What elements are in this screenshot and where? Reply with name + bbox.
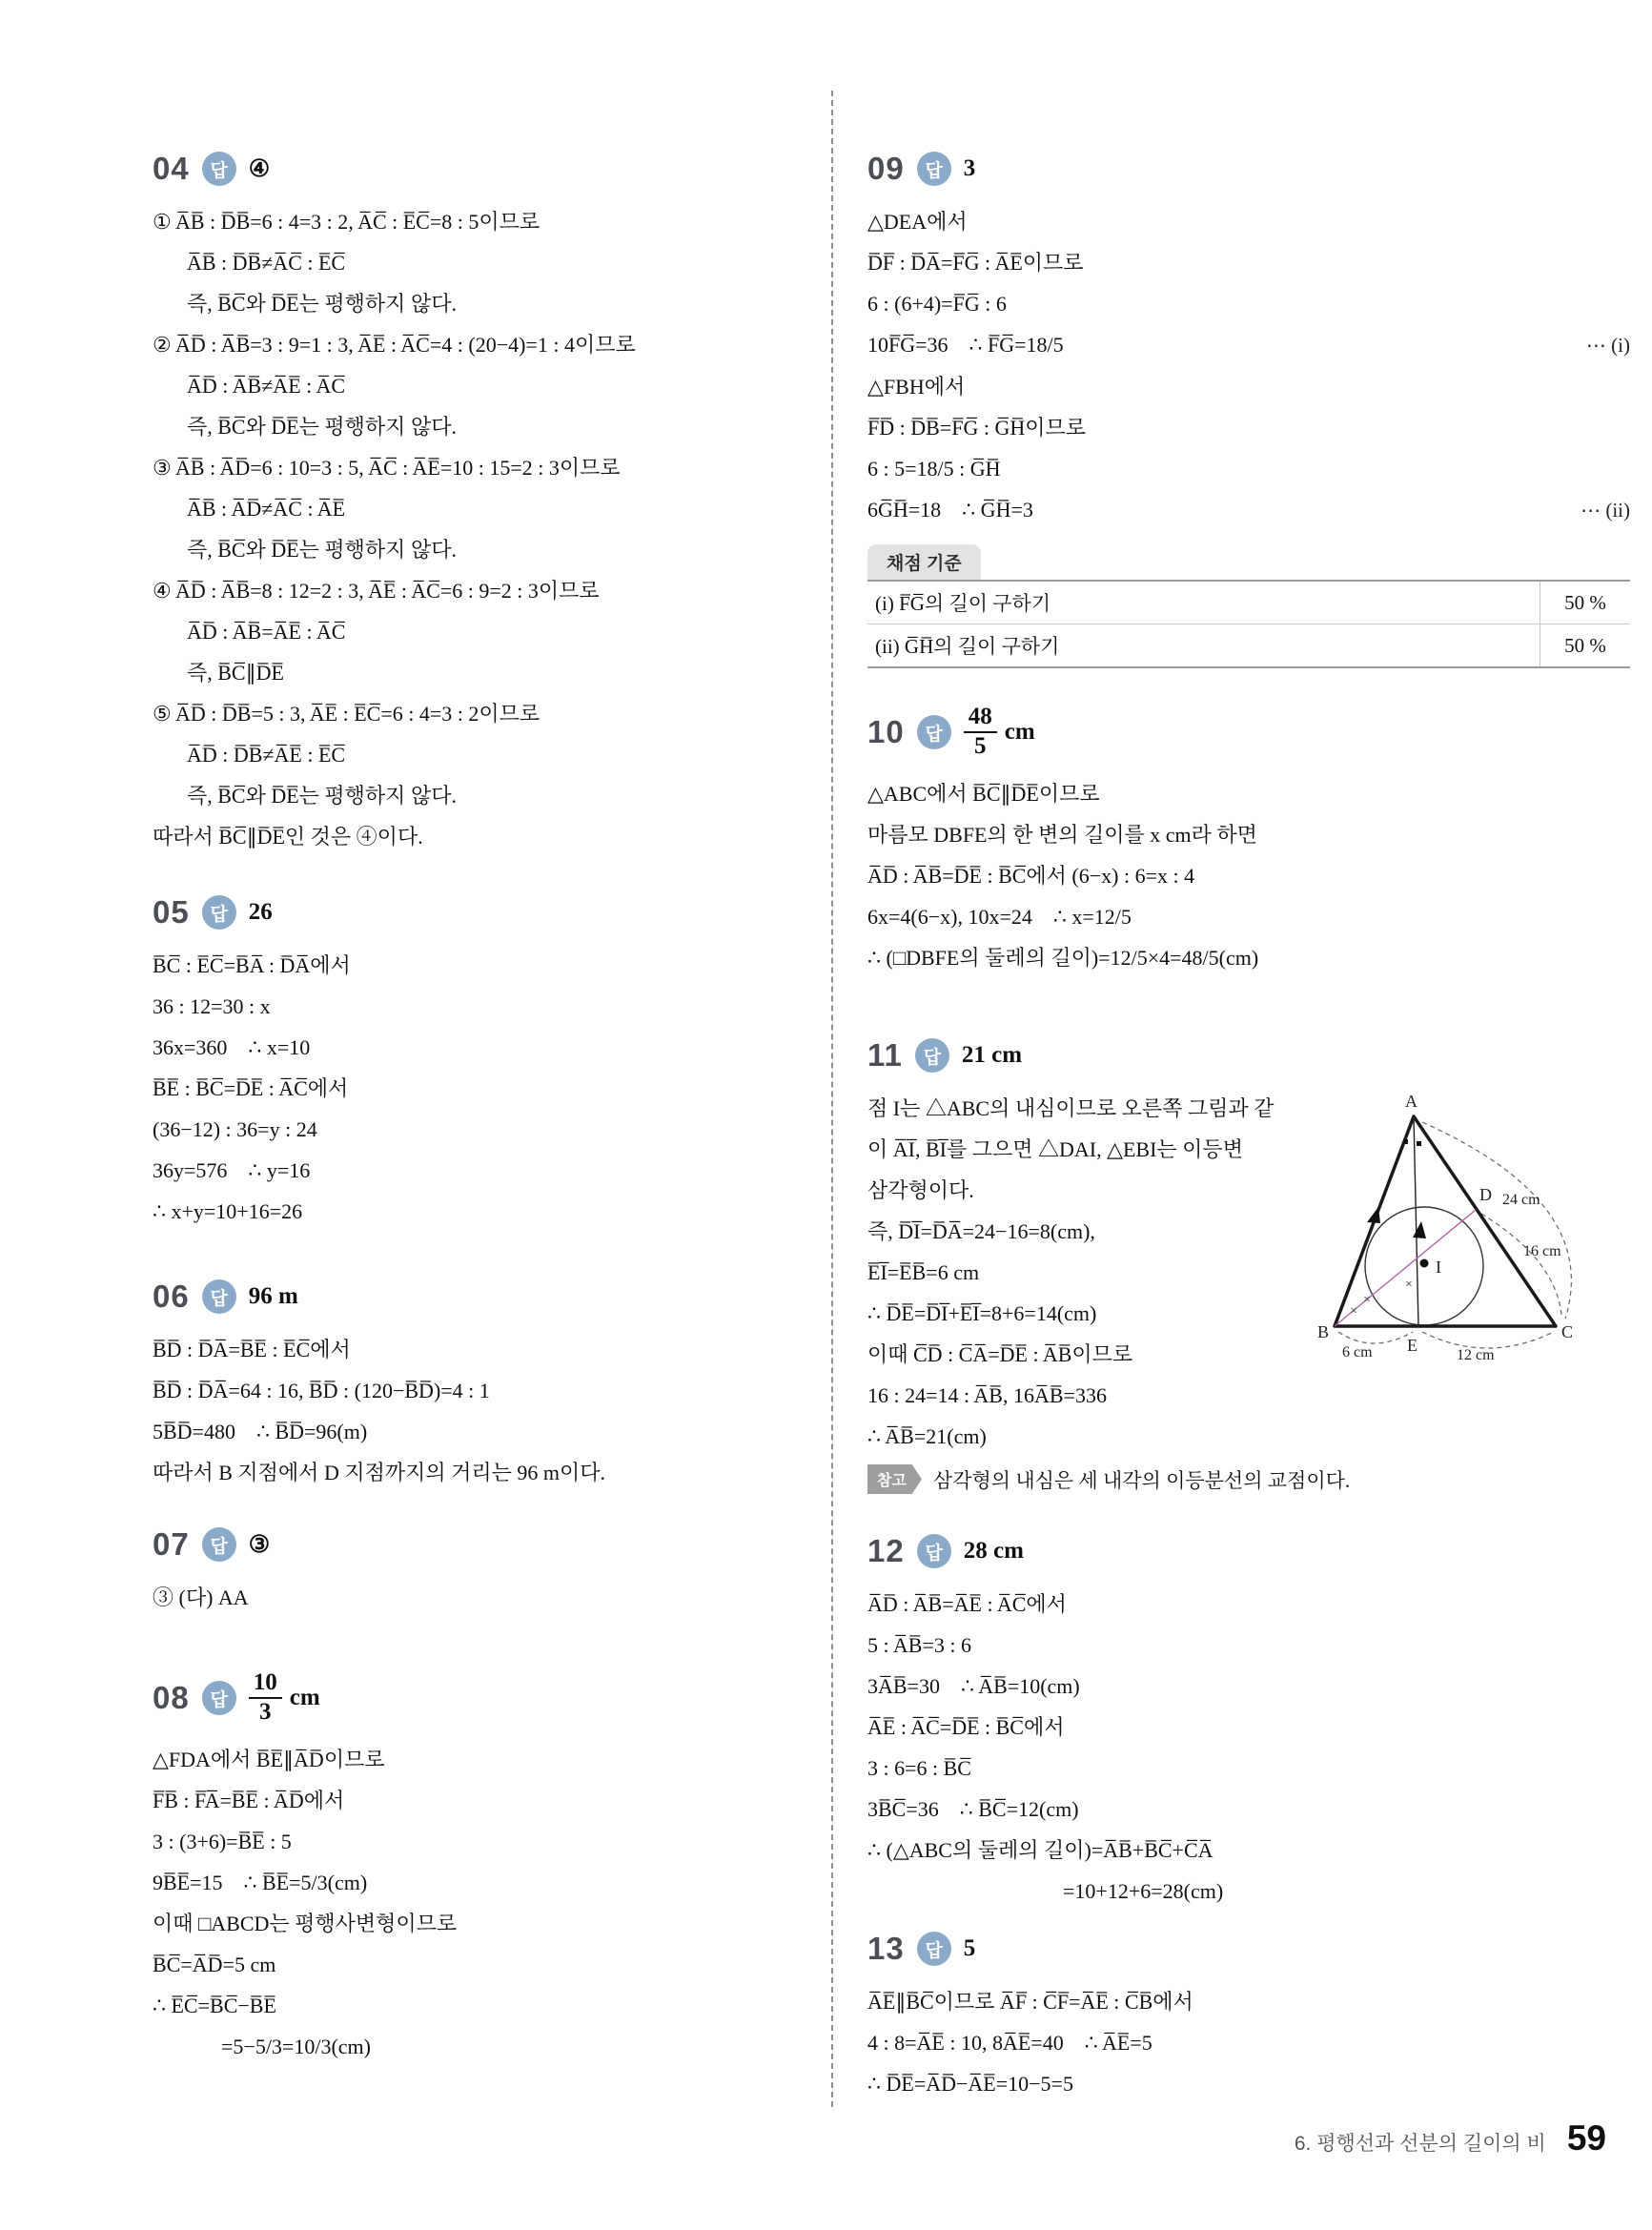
problem-number: 09	[867, 151, 905, 187]
solution-line: 10F̅G̅=36 ∴ F̅G̅=18/5 ⋯ (i)	[867, 324, 1630, 366]
page-footer: 6. 평행선과 선분의 길이의 비 59	[1295, 2118, 1606, 2158]
solution-line: ∴ A̅B̅=21(cm)	[867, 1416, 1630, 1457]
incenter-point	[1420, 1259, 1429, 1268]
solution-line: 즉, B̅C̅와 D̅E̅는 평행하지 않다.	[153, 775, 786, 816]
answer-fraction: 10 3	[249, 1669, 282, 1727]
solution-line: 3B̅C̅=36 ∴ B̅C̅=12(cm)	[867, 1789, 1630, 1830]
angle-mark-a2	[1417, 1141, 1421, 1146]
grading-title: 채점 기준	[867, 544, 981, 580]
triangle-incircle-figure: × × × A B C D E I 24 cm 16 cm 6 cm 12 cm	[1315, 1088, 1630, 1369]
solution-line: ③ (다) AA	[153, 1577, 786, 1618]
solution-line: 따라서 B 지점에서 D 지점까지의 거리는 96 m이다.	[153, 1452, 786, 1493]
problem-header: 12 답 28 cm	[867, 1530, 1630, 1572]
solution-line: ② A̅D̅ : A̅B̅=3 : 9=1 : 3, A̅E̅ : A̅C̅=4…	[153, 324, 786, 365]
solution-line: 6 : 5=18/5 : G̅H̅	[867, 448, 1630, 489]
measure-label-be: 6 cm	[1342, 1344, 1373, 1361]
solution-line: B̅E̅ : B̅C̅=D̅E̅ : A̅C̅에서	[153, 1068, 786, 1109]
solution-line: 즉, B̅C̅와 D̅E̅는 평행하지 않다.	[153, 529, 786, 570]
solution-line: A̅E̅ : A̅C̅=D̅E̅ : B̅C̅에서	[867, 1707, 1630, 1748]
solution-line: A̅D̅ : A̅B̅=D̅E̅ : B̅C̅에서 (6−x) : 6=x : …	[867, 855, 1630, 896]
measure-label-ac: 24 cm	[1502, 1192, 1540, 1208]
solution-line: 16 : 24=14 : A̅B̅, 16A̅B̅=336	[867, 1375, 1630, 1416]
answer-value: 26	[249, 899, 273, 926]
solution-line: 3A̅B̅=30 ∴ A̅B̅=10(cm)	[867, 1666, 1630, 1707]
solution-text: 6G̅H̅=18 ∴ G̅H̅=3	[867, 489, 1033, 530]
solution-line: A̅B̅ : D̅B̅≠A̅C̅ : E̅C̅	[153, 242, 786, 283]
solution-line: ∴ (△ABC의 둘레의 길이)=A̅B̅+B̅C̅+C̅A̅	[867, 1830, 1630, 1871]
problem-number: 11	[867, 1037, 903, 1074]
column-divider	[831, 91, 833, 2107]
answer-badge: 답	[202, 1527, 236, 1562]
angle-mark-b2: ×	[1363, 1293, 1371, 1307]
problem-number: 06	[153, 1279, 190, 1315]
solution-line: 6 : (6+4)=F̅G̅ : 6	[867, 283, 1630, 324]
solution-line: (36−12) : 36=y : 24	[153, 1109, 786, 1150]
vertex-label-i: I	[1436, 1258, 1441, 1277]
measure-arc-dc	[1481, 1214, 1561, 1315]
vertex-label-b: B	[1317, 1322, 1329, 1341]
problem-12: 12 답 28 cm A̅D̅ : A̅B̅=A̅E̅ : A̅C̅에서 5 :…	[867, 1530, 1630, 1912]
solution-line: 36y=576 ∴ y=16	[153, 1150, 786, 1191]
solution-line: 9B̅E̅=15 ∴ B̅E̅=5/3(cm)	[153, 1862, 786, 1903]
fraction-numerator: 48	[964, 704, 997, 733]
solution-line: ③ A̅B̅ : A̅D̅=6 : 10=3 : 5, A̅C̅ : A̅E̅=…	[153, 447, 786, 488]
problem-10: 10 답 48 5 cm △ABC에서 B̅C̅∥D̅E̅이므로 마름모 DBF…	[867, 701, 1630, 978]
solution-line: 4 : 8=A̅E̅ : 10, 8A̅E̅=40 ∴ A̅E̅=5	[867, 2022, 1630, 2063]
step-marker: ⋯ (ii)	[1581, 490, 1630, 531]
answer-value: 21 cm	[962, 1042, 1022, 1069]
grading-row: (i) F̅G̅의 길이 구하기 50 %	[867, 581, 1630, 624]
incenter-triangle-diagram: × × × A B C D E I 24 cm 16 cm 6 cm 12 cm	[1315, 1088, 1630, 1369]
vertex-label-d: D	[1479, 1185, 1492, 1204]
solution-line: A̅D̅ : A̅B̅=A̅E̅ : A̅C̅	[153, 611, 786, 652]
solution-line: =5−5/3=10/3(cm)	[153, 2026, 786, 2067]
grading-label: (i) F̅G̅의 길이 구하기	[867, 581, 1540, 624]
problem-header: 04 답 ④	[153, 148, 786, 190]
arrow-mark-ab	[1367, 1207, 1380, 1223]
vertex-label-c: C	[1561, 1322, 1573, 1341]
answer-fraction: 48 5	[964, 704, 997, 761]
answer-badge: 답	[917, 1932, 951, 1966]
problem-07: 07 답 ③ ③ (다) AA	[153, 1524, 786, 1618]
fraction-denominator: 5	[964, 733, 997, 761]
problem-header: 07 답 ③	[153, 1524, 786, 1565]
measure-label-dc: 16 cm	[1523, 1243, 1561, 1259]
solution-line: ① A̅B̅ : D̅B̅=6 : 4=3 : 2, A̅C̅ : E̅C̅=8…	[153, 201, 786, 242]
problem-number: 12	[867, 1533, 905, 1569]
grading-percent: 50 %	[1540, 581, 1631, 624]
solution-line: D̅F̅ : D̅A̅=F̅G̅ : A̅E̅이므로	[867, 242, 1630, 283]
problem-11: 11 답 21 cm × × ×	[867, 1034, 1630, 1494]
problem-number: 13	[867, 1931, 905, 1967]
problem-13: 13 답 5 A̅E̅∥B̅C̅이므로 A̅F̅ : C̅F̅=A̅E̅ : C…	[867, 1928, 1630, 2104]
measure-arc-ec	[1422, 1332, 1554, 1348]
fraction-denominator: 3	[249, 1699, 282, 1727]
measure-arc-be	[1338, 1332, 1413, 1343]
answer-value: 10 3 cm	[249, 1669, 320, 1727]
answer-badge: 답	[915, 1038, 949, 1073]
solution-line: △FBH에서	[867, 366, 1630, 407]
solution-line: △DEA에서	[867, 201, 1630, 242]
solution-line: 3 : (3+6)=B̅E̅ : 5	[153, 1821, 786, 1862]
solution-line: 즉, B̅C̅∥D̅E̅	[153, 652, 786, 693]
reference-text: 삼각형의 내심은 세 내각의 이등분선의 교점이다.	[933, 1465, 1350, 1494]
answer-value: 5	[964, 1935, 976, 1962]
problem-header: 13 답 5	[867, 1928, 1630, 1970]
answer-badge: 답	[202, 1681, 236, 1715]
solution-line: =10+12+6=28(cm)	[867, 1871, 1630, 1912]
problem-08: 08 답 10 3 cm △FDA에서 B̅E̅∥A̅D̅이므로 F̅B̅ : …	[153, 1667, 786, 2067]
solution-line: A̅D̅ : A̅B̅≠A̅E̅ : A̅C̅	[153, 365, 786, 406]
grading-percent: 50 %	[1540, 624, 1631, 668]
solution-line: △ABC에서 B̅C̅∥D̅E̅이므로	[867, 773, 1630, 814]
answer-value: 28 cm	[964, 1538, 1024, 1565]
solution-line: ∴ E̅C̅=B̅C̅−B̅E̅	[153, 1985, 786, 2026]
solution-line: A̅B̅ : A̅D̅≠A̅C̅ : A̅E̅	[153, 488, 786, 529]
page-number: 59	[1567, 2118, 1606, 2158]
solution-line: F̅D̅ : D̅B̅=F̅G̅ : G̅H̅이므로	[867, 407, 1630, 448]
problem-number: 05	[153, 894, 190, 931]
answer-value: 48 5 cm	[964, 704, 1035, 761]
solution-line: A̅D̅ : A̅B̅=A̅E̅ : A̅C̅에서	[867, 1584, 1630, 1625]
reference-note: 참고 삼각형의 내심은 세 내각의 이등분선의 교점이다.	[867, 1464, 1630, 1494]
solution-line: 즉, B̅C̅와 D̅E̅는 평행하지 않다.	[153, 283, 786, 324]
answer-badge: 답	[202, 1279, 236, 1314]
answer-badge: 답	[917, 152, 951, 186]
answer-badge: 답	[202, 895, 236, 930]
answer-unit: cm	[290, 1685, 320, 1711]
answer-value: 3	[964, 155, 976, 182]
answer-value: ③	[249, 1530, 270, 1559]
solution-line: 이때 □ABCD는 평행사변형이므로	[153, 1903, 786, 1944]
solution-line: 36 : 12=30 : x	[153, 986, 786, 1027]
segment-ae	[1414, 1116, 1418, 1326]
fraction-numerator: 10	[249, 1669, 282, 1699]
solution-line: A̅D̅ : D̅B̅≠A̅E̅ : E̅C̅	[153, 734, 786, 775]
solution-line: B̅D̅ : D̅A̅=B̅E̅ : E̅C̅에서	[153, 1329, 786, 1370]
grading-row: (ii) G̅H̅의 길이 구하기 50 %	[867, 624, 1630, 668]
measure-arc-ac	[1422, 1122, 1571, 1319]
answer-badge: 답	[917, 715, 951, 749]
solution-line: 36x=360 ∴ x=10	[153, 1027, 786, 1068]
vertex-label-a: A	[1405, 1092, 1417, 1111]
solution-line: ④ A̅D̅ : A̅B̅=8 : 12=2 : 3, A̅E̅ : A̅C̅=…	[153, 570, 786, 611]
chapter-title: 6. 평행선과 선분의 길이의 비	[1295, 2128, 1546, 2157]
solution-line: F̅B̅ : F̅A̅=B̅E̅ : A̅D̅에서	[153, 1780, 786, 1821]
vertex-label-e: E	[1407, 1336, 1417, 1355]
problem-04: 04 답 ④ ① A̅B̅ : D̅B̅=6 : 4=3 : 2, A̅C̅ :…	[153, 148, 786, 857]
solution-line: 6x=4(6−x), 10x=24 ∴ x=12/5	[867, 896, 1630, 937]
solution-line: 3 : 6=6 : B̅C̅	[867, 1748, 1630, 1789]
problem-number: 08	[153, 1680, 190, 1716]
solution-line: A̅E̅∥B̅C̅이므로 A̅F̅ : C̅F̅=A̅E̅ : C̅B̅에서	[867, 1981, 1630, 2022]
solution-line: 6G̅H̅=18 ∴ G̅H̅=3 ⋯ (ii)	[867, 489, 1630, 531]
solution-line: 5B̅D̅=480 ∴ B̅D̅=96(m)	[153, 1411, 786, 1452]
solution-line: 즉, B̅C̅와 D̅E̅는 평행하지 않다.	[153, 406, 786, 447]
solution-line: B̅C̅ : E̅C̅=B̅A̅ : D̅A̅에서	[153, 945, 786, 986]
problem-header: 11 답 21 cm	[867, 1034, 1630, 1076]
angle-mark-a1	[1403, 1139, 1408, 1144]
problem-header: 06 답 96 m	[153, 1276, 786, 1318]
problem-header: 08 답 10 3 cm	[153, 1667, 786, 1729]
answer-value: ④	[249, 154, 270, 183]
problem-06: 06 답 96 m B̅D̅ : D̅A̅=B̅E̅ : E̅C̅에서 B̅D̅…	[153, 1276, 786, 1493]
solution-line: ∴ (□DBFE의 둘레의 길이)=12/5×4=48/5(cm)	[867, 937, 1630, 978]
angle-mark-i: ×	[1405, 1278, 1413, 1292]
problem-09: 09 답 3 △DEA에서 D̅F̅ : D̅A̅=F̅G̅ : A̅E̅이므로…	[867, 148, 1630, 668]
problem-header: 09 답 3	[867, 148, 1630, 190]
answer-unit: cm	[1005, 719, 1035, 746]
solution-line: ⑤ A̅D̅ : D̅B̅=5 : 3, A̅E̅ : E̅C̅=6 : 4=3…	[153, 693, 786, 734]
solution-line: 따라서 B̅C̅∥D̅E̅인 것은 ④이다.	[153, 816, 786, 857]
answer-badge: 답	[202, 152, 236, 186]
solution-line: B̅D̅ : D̅A̅=64 : 16, B̅D̅ : (120−B̅D̅)=4…	[153, 1370, 786, 1411]
solution-line: B̅C̅=A̅D̅=5 cm	[153, 1944, 786, 1985]
solution-line: ∴ D̅E̅=A̅D̅−A̅E̅=10−5=5	[867, 2063, 1630, 2104]
grading-label: (ii) G̅H̅의 길이 구하기	[867, 624, 1540, 668]
arrow-mark-ae	[1413, 1221, 1426, 1238]
problem-number: 04	[153, 151, 190, 187]
solution-line: △FDA에서 B̅E̅∥A̅D̅이므로	[153, 1739, 786, 1780]
solution-line: 마름모 DBFE의 한 변의 길이를 x cm라 하면	[867, 814, 1630, 855]
grading-table: 채점 기준 (i) F̅G̅의 길이 구하기 50 % (ii) G̅H̅의 길…	[867, 544, 1630, 668]
problem-header: 10 답 48 5 cm	[867, 701, 1630, 764]
problem-number: 10	[867, 714, 905, 750]
reference-badge: 참고	[867, 1464, 922, 1494]
answer-badge: 답	[917, 1534, 951, 1568]
measure-label-ec: 12 cm	[1457, 1347, 1495, 1363]
problem-header: 05 답 26	[153, 891, 786, 933]
solution-line: ∴ x+y=10+16=26	[153, 1191, 786, 1232]
solution-line: 5 : A̅B̅=3 : 6	[867, 1625, 1630, 1666]
step-marker: ⋯ (i)	[1586, 325, 1630, 366]
problem-number: 07	[153, 1526, 190, 1563]
solution-text: 10F̅G̅=36 ∴ F̅G̅=18/5	[867, 324, 1064, 365]
answer-value: 96 m	[249, 1283, 298, 1310]
angle-mark-b1: ×	[1350, 1304, 1357, 1319]
problem-05: 05 답 26 B̅C̅ : E̅C̅=B̅A̅ : D̅A̅에서 36 : 1…	[153, 891, 786, 1232]
